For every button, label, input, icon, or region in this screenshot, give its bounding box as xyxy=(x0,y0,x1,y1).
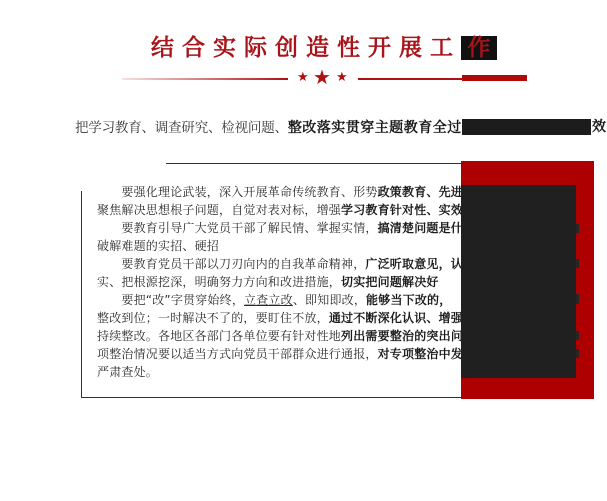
article-canvas: 结合实际创造性开展工 作 ★ ★ ★ 把学习教育、调查研究、检视问题、整改落实贯… xyxy=(0,0,607,501)
divider-line-right xyxy=(358,78,462,80)
body-text: 整改到位；一时解决不了的，要盯住不放， xyxy=(97,311,329,325)
body-line: 要把“改”字贯穿始终，立查立改、即知即改，能够当下改的， xyxy=(97,291,461,309)
body-text-underlined: 立查立改 xyxy=(244,293,293,307)
star-icon: ★ xyxy=(313,67,331,87)
frame-top-line xyxy=(166,163,461,164)
body-line: 要教育党员干部以刀刃向内的自我革命精神，广泛听取意见，认 xyxy=(97,255,461,273)
article-body: 要强化理论武装，深入开展革命传统教育、形势政策教育、先进 聚焦解决思想根子问题，… xyxy=(97,183,461,381)
body-line: 实、把根源挖深，明确努力方向和改进措施，切实把问题解决好 xyxy=(97,273,461,291)
text-fragment xyxy=(576,224,579,233)
body-text-bold: 搞清楚问题是什 xyxy=(378,221,461,235)
subtitle: 把学习教育、调查研究、检视问题、整改落实贯穿主题教育全过 xyxy=(75,119,462,135)
body-text: 严肃查处。 xyxy=(97,365,158,379)
divider-accent-bar xyxy=(462,75,527,81)
body-line: 整改到位；一时解决不了的，要盯住不放，通过不断深化认识、增强 xyxy=(97,309,461,327)
body-text-bold: 切实把问题解决好 xyxy=(341,275,439,289)
dark-redaction-block xyxy=(461,185,576,378)
body-line: 破解难题的实招、硬招 xyxy=(97,237,461,255)
body-line: 要教育引导广大党员干部了解民情、掌握实情，搞清楚问题是什 xyxy=(97,219,461,237)
body-text: 要教育党员干部以刀刃向内的自我革命精神， xyxy=(121,257,365,271)
body-text: 实、把根源挖深，明确努力方向和改进措施， xyxy=(97,275,341,289)
text-fragment xyxy=(576,331,579,340)
star-icon: ★ xyxy=(336,71,348,84)
body-text-bold: 对专项整治中发 xyxy=(378,347,461,361)
text-fragment xyxy=(576,349,579,358)
body-text: 项整治情况要以适当方式向党员干部群众进行通报， xyxy=(97,347,378,361)
body-text: 要把“改”字贯穿始终， xyxy=(121,293,244,307)
frame-left-line xyxy=(81,191,82,398)
page-title-highlight: 作 xyxy=(461,36,497,60)
body-line: 持续整改。各地区各部门各单位要有针对性地列出需要整治的突出问 xyxy=(97,327,461,345)
body-line: 严肃查处。 xyxy=(97,363,461,381)
text-fragment xyxy=(576,294,579,304)
subtitle-tail: 效 xyxy=(592,119,606,135)
subtitle-text: 把学习教育、调查研究、检视问题、 xyxy=(75,120,288,136)
body-text: 要强化理论武装，深入开展革命传统教育、形势 xyxy=(121,185,377,199)
body-line: 聚焦解决思想根子问题，自觉对表对标，增强学习教育针对性、实效 xyxy=(97,201,461,219)
body-text: 持续整改。各地区各部门各单位要有针对性地 xyxy=(97,329,341,343)
body-text: 要教育引导广大党员干部了解民情、掌握实情， xyxy=(121,221,377,235)
divider-line-left xyxy=(122,78,288,80)
body-line: 项整治情况要以适当方式向党员干部群众进行通报，对专项整治中发 xyxy=(97,345,461,363)
page-title: 结合实际创造性开展工 xyxy=(151,34,461,62)
subtitle-redaction-block xyxy=(462,119,591,135)
body-text-bold: 列出需要整治的突出问 xyxy=(341,329,461,343)
text-fragment xyxy=(576,259,579,268)
subtitle-text-bold: 整改落实贯穿主题教育全过 xyxy=(288,120,462,136)
body-text-bold: 通过不断深化认识、增强 xyxy=(329,311,461,325)
body-text-bold: 政策教育、先进 xyxy=(378,185,461,199)
body-text: 聚焦解决思想根子问题，自觉对表对标，增强 xyxy=(97,203,341,217)
body-text-bold: 能够当下改的， xyxy=(366,293,451,307)
body-text: 、即知即改， xyxy=(293,293,366,307)
body-line: 要强化理论武装，深入开展革命传统教育、形势政策教育、先进 xyxy=(97,183,461,201)
star-icon: ★ xyxy=(297,71,309,84)
frame-bottom-line xyxy=(81,397,461,398)
body-text: 破解难题的实招、硬招 xyxy=(97,239,219,253)
body-text-bold: 学习教育针对性、实效 xyxy=(341,203,461,217)
body-text-bold: 广泛听取意见，认 xyxy=(365,257,461,271)
